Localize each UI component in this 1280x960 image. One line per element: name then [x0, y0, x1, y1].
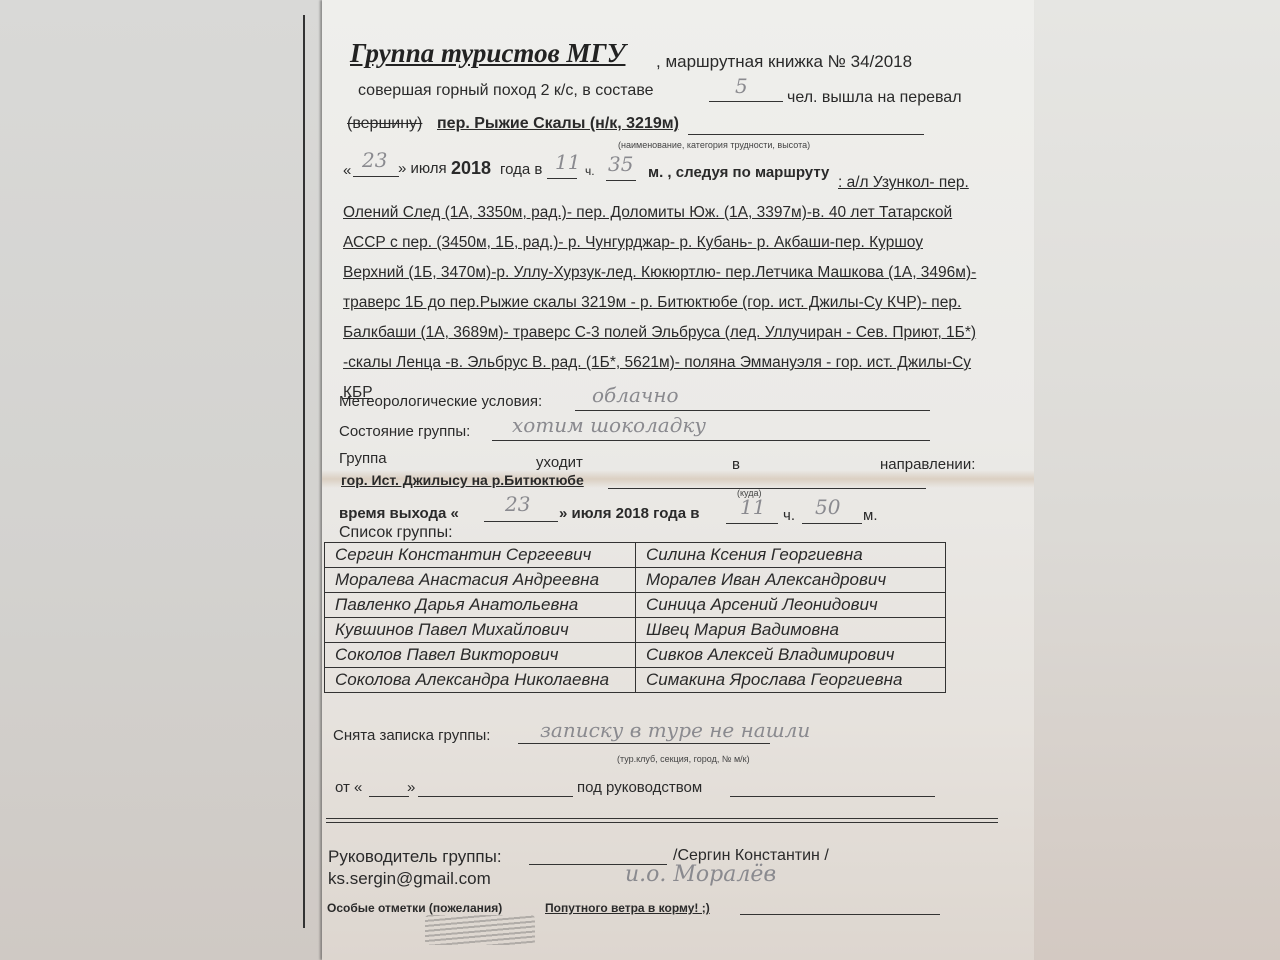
note-value[interactable]: записку в туре не нашли	[540, 718, 810, 742]
member-name[interactable]: Сивков Алексей Владимирович	[636, 643, 946, 668]
pass-name[interactable]: пер. Рыжие Скалы (н/к, 3219м)	[437, 115, 679, 133]
note-leader-label: под руководством	[577, 779, 702, 796]
route-description: : а/л Узункол- пер. Олений След (1А, 335…	[343, 168, 983, 408]
departure-hour[interactable]: 11	[740, 495, 765, 519]
direction-word-in: в	[732, 456, 740, 473]
background-page	[1020, 0, 1280, 960]
departure-label: время выхода «	[339, 505, 459, 522]
departure-m-label: м.	[863, 507, 877, 524]
pass-hint: (наименование, категория трудности, высо…	[618, 140, 810, 150]
struck-summit: (вершину)	[347, 115, 422, 133]
direction-value[interactable]: гор. Ист. Джилысу на р.Битюктюбе	[341, 472, 584, 488]
member-row: Сергин Константин СергеевичСилина Ксения…	[325, 543, 946, 568]
hike-description: совершая горный поход 2 к/с, в составе	[358, 82, 654, 100]
weather-value[interactable]: облачно	[592, 383, 679, 407]
member-row: Соколов Павел ВикторовичСивков Алексей В…	[325, 643, 946, 668]
direction-word-direction: направлении:	[880, 456, 975, 473]
note-from-label: от «	[335, 779, 362, 796]
group-size-suffix: чел. вышла на перевал	[787, 89, 962, 107]
note-hint: (тур.клуб, секция, город, № м/к)	[617, 754, 750, 764]
member-row: Кувшинов Павел МихайловичШвец Мария Вади…	[325, 618, 946, 643]
remarks-label: Особые отметки (пожелания)	[327, 901, 502, 915]
member-row: Моралева Анастасия АндреевнаМоралев Иван…	[325, 568, 946, 593]
condition-label: Состояние группы:	[339, 423, 470, 440]
form-border-left	[303, 15, 305, 928]
member-name[interactable]: Павленко Дарья Анатольевна	[325, 593, 636, 618]
member-name[interactable]: Кувшинов Павел Михайлович	[325, 618, 636, 643]
condition-value[interactable]: хотим шоколадку	[512, 413, 706, 437]
member-name[interactable]: Синица Арсений Леонидович	[636, 593, 946, 618]
leader-label: Руководитель группы:	[328, 847, 502, 867]
member-name[interactable]: Моралев Иван Александрович	[636, 568, 946, 593]
direction-word-group: Группа	[339, 450, 387, 467]
group-size[interactable]: 5	[735, 74, 748, 98]
member-name[interactable]: Силина Ксения Георгиевна	[636, 543, 946, 568]
leader-signature: и.о. Моралёв	[625, 862, 776, 887]
weather-label: Метеорологические условия:	[339, 393, 542, 410]
member-name[interactable]: Швец Мария Вадимовна	[636, 618, 946, 643]
departure-h-label: ч.	[783, 507, 795, 524]
remarks-value[interactable]: Попутного ветра в корму! ;)	[545, 901, 710, 915]
leader-email[interactable]: ks.sergin@gmail.com	[328, 869, 491, 889]
member-name[interactable]: Соколова Александра Николаевна	[325, 668, 636, 693]
member-name[interactable]: Сергин Константин Сергеевич	[325, 543, 636, 568]
note-from-close: »	[407, 779, 415, 796]
note-label: Снята записка группы:	[333, 727, 490, 744]
pencil-scribble	[425, 915, 535, 945]
member-name[interactable]: Соколов Павел Викторович	[325, 643, 636, 668]
members-table: Сергин Константин СергеевичСилина Ксения…	[324, 542, 946, 693]
book-number: , маршрутная книжка № 34/2018	[656, 52, 912, 72]
departure-minute[interactable]: 50	[815, 495, 840, 519]
departure-month: » июля 2018 года в	[559, 505, 699, 522]
route-text[interactable]: : а/л Узункол- пер. Олений След (1А, 335…	[343, 174, 976, 401]
member-row: Соколова Александра НиколаевнаСимакина Я…	[325, 668, 946, 693]
departure-day[interactable]: 23	[505, 492, 530, 516]
member-row: Павленко Дарья АнатольевнаСиница Арсений…	[325, 593, 946, 618]
members-label: Список группы:	[339, 524, 453, 542]
direction-word-leaves: уходит	[536, 454, 583, 471]
member-name[interactable]: Симакина Ярослава Георгиевна	[636, 668, 946, 693]
form-title: Группа туристов МГУ	[350, 38, 625, 69]
member-name[interactable]: Моралева Анастасия Андреевна	[325, 568, 636, 593]
